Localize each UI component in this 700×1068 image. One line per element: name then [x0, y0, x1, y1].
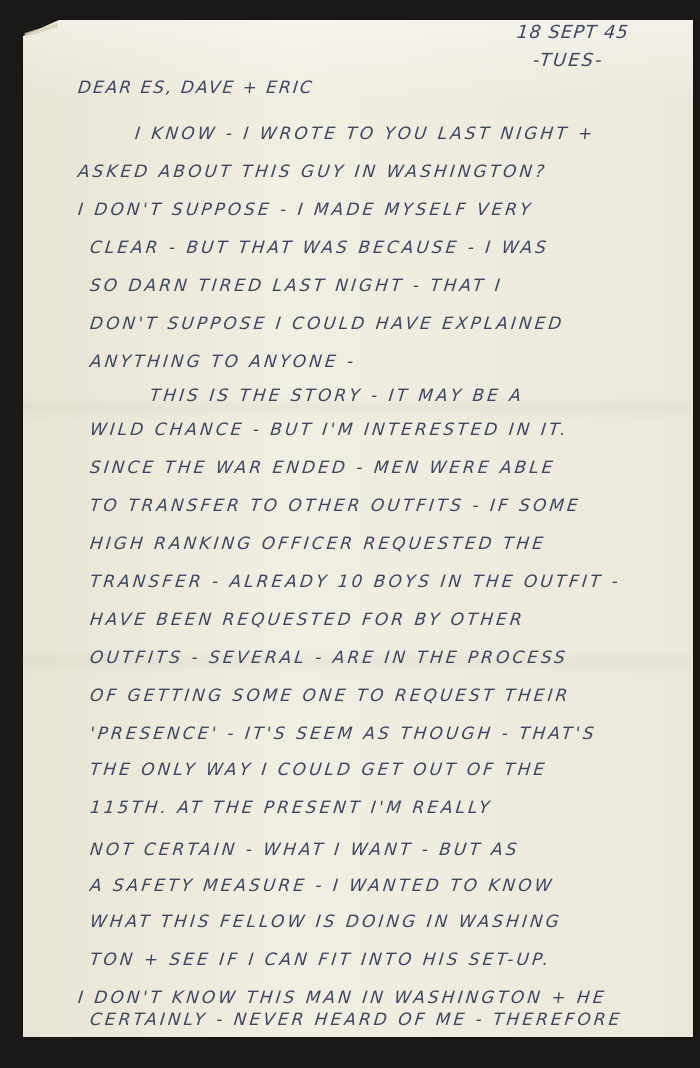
letter-line: This is the story - it may be a [149, 386, 525, 406]
letter-line: clear - but that was because - I was [89, 238, 550, 258]
letter-line: not certain - what I want - but as [89, 840, 521, 860]
letter-line: have been requested for by other [89, 610, 526, 630]
letter-line: so darn tired last night - that I [89, 276, 504, 296]
letter-line: to transfer to other outfits - if some [89, 496, 582, 516]
letter-line: of getting some one to request their [89, 686, 571, 706]
letter-line: the only way I could get out of the [89, 760, 548, 780]
letter-line: certainly - never heard of me - therefor… [89, 1010, 623, 1030]
letter-line: 'presence' - It's seem as though - that'… [89, 724, 598, 744]
letter-line: I know - I wrote to you last night + [134, 124, 596, 144]
letter-line: wild chance - but I'm interested in it. [89, 420, 570, 440]
letter-line: I don't suppose - I made myself very [77, 200, 535, 220]
letter-line: don't suppose I could have explained [89, 314, 566, 334]
letter-line: high ranking officer requested the [89, 534, 547, 554]
letter-line: what this fellow is doing in Washing [89, 912, 563, 932]
letter-line: Since the war ended - men were able [89, 458, 557, 478]
letter-line: I don't know this man in Washington + he [77, 988, 608, 1008]
letter-line: outfits - several - are in the process [89, 648, 569, 668]
letter-day: -Tues- [532, 50, 605, 71]
letter-line: ton + see if I can fit into his set-up. [89, 950, 552, 970]
letter-line: a safety measure - I wanted to know [89, 876, 556, 896]
letter-line: transfer - Already 10 boys in the outfit… [89, 572, 622, 592]
letter-line: 115th. At the present I'm really [89, 798, 494, 818]
letter-date: 18 Sept 45 [516, 22, 630, 43]
letter-line: asked about this guy in Washington? [77, 162, 548, 182]
salutation: Dear Es, Dave + Eric [77, 78, 315, 98]
letter-line: anything to anyone - [89, 352, 357, 372]
